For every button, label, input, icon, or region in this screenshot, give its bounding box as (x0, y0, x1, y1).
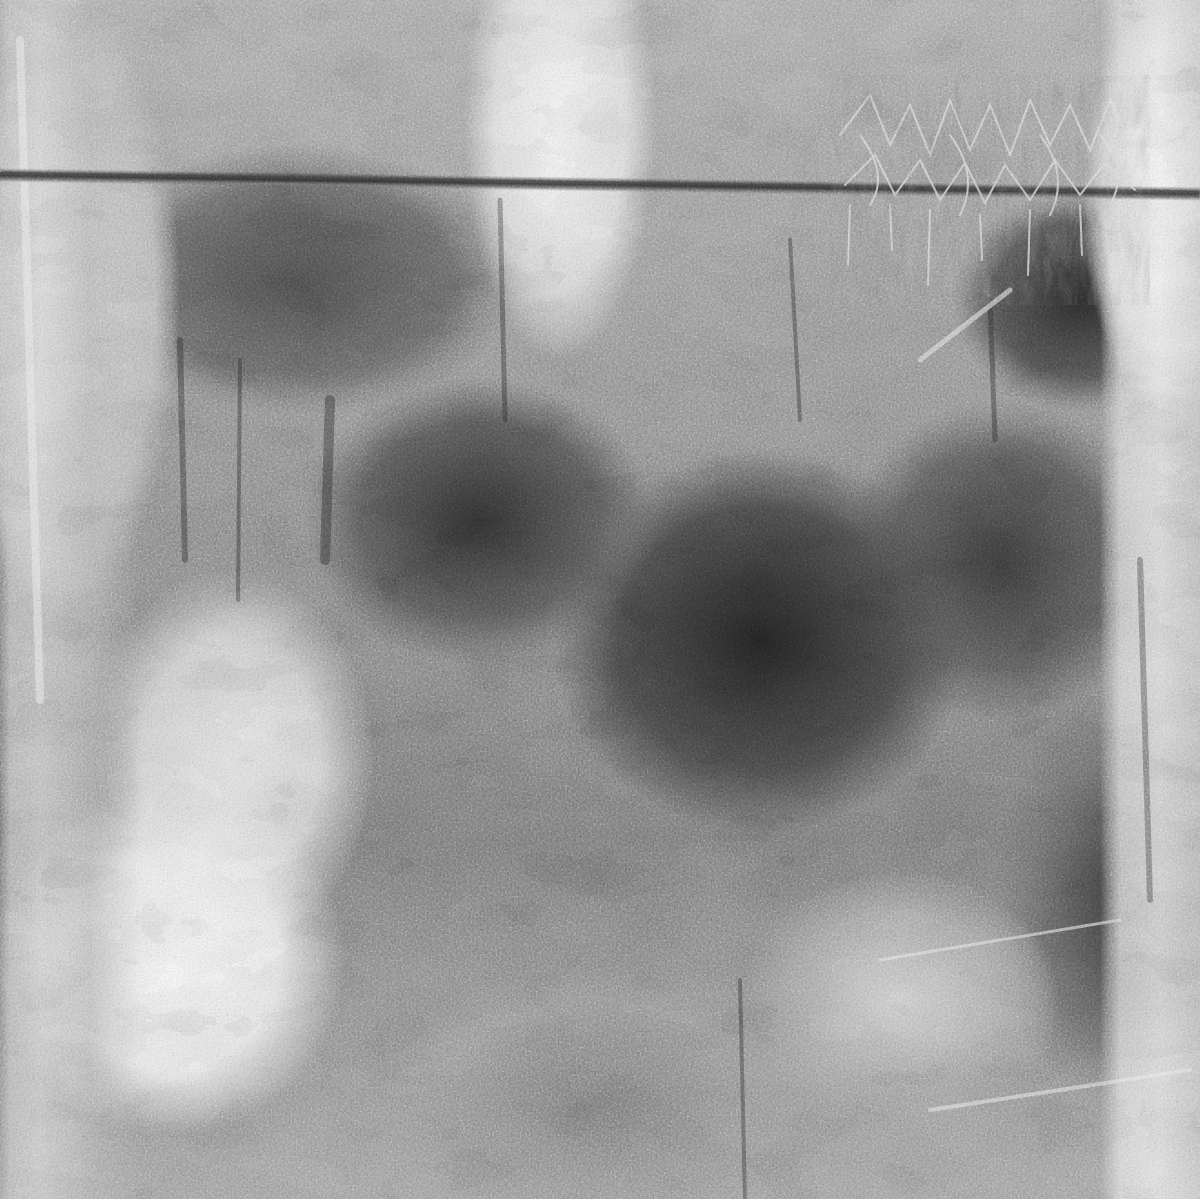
album-cover (0, 0, 1200, 1199)
film-grain-dark (0, 0, 1200, 1199)
